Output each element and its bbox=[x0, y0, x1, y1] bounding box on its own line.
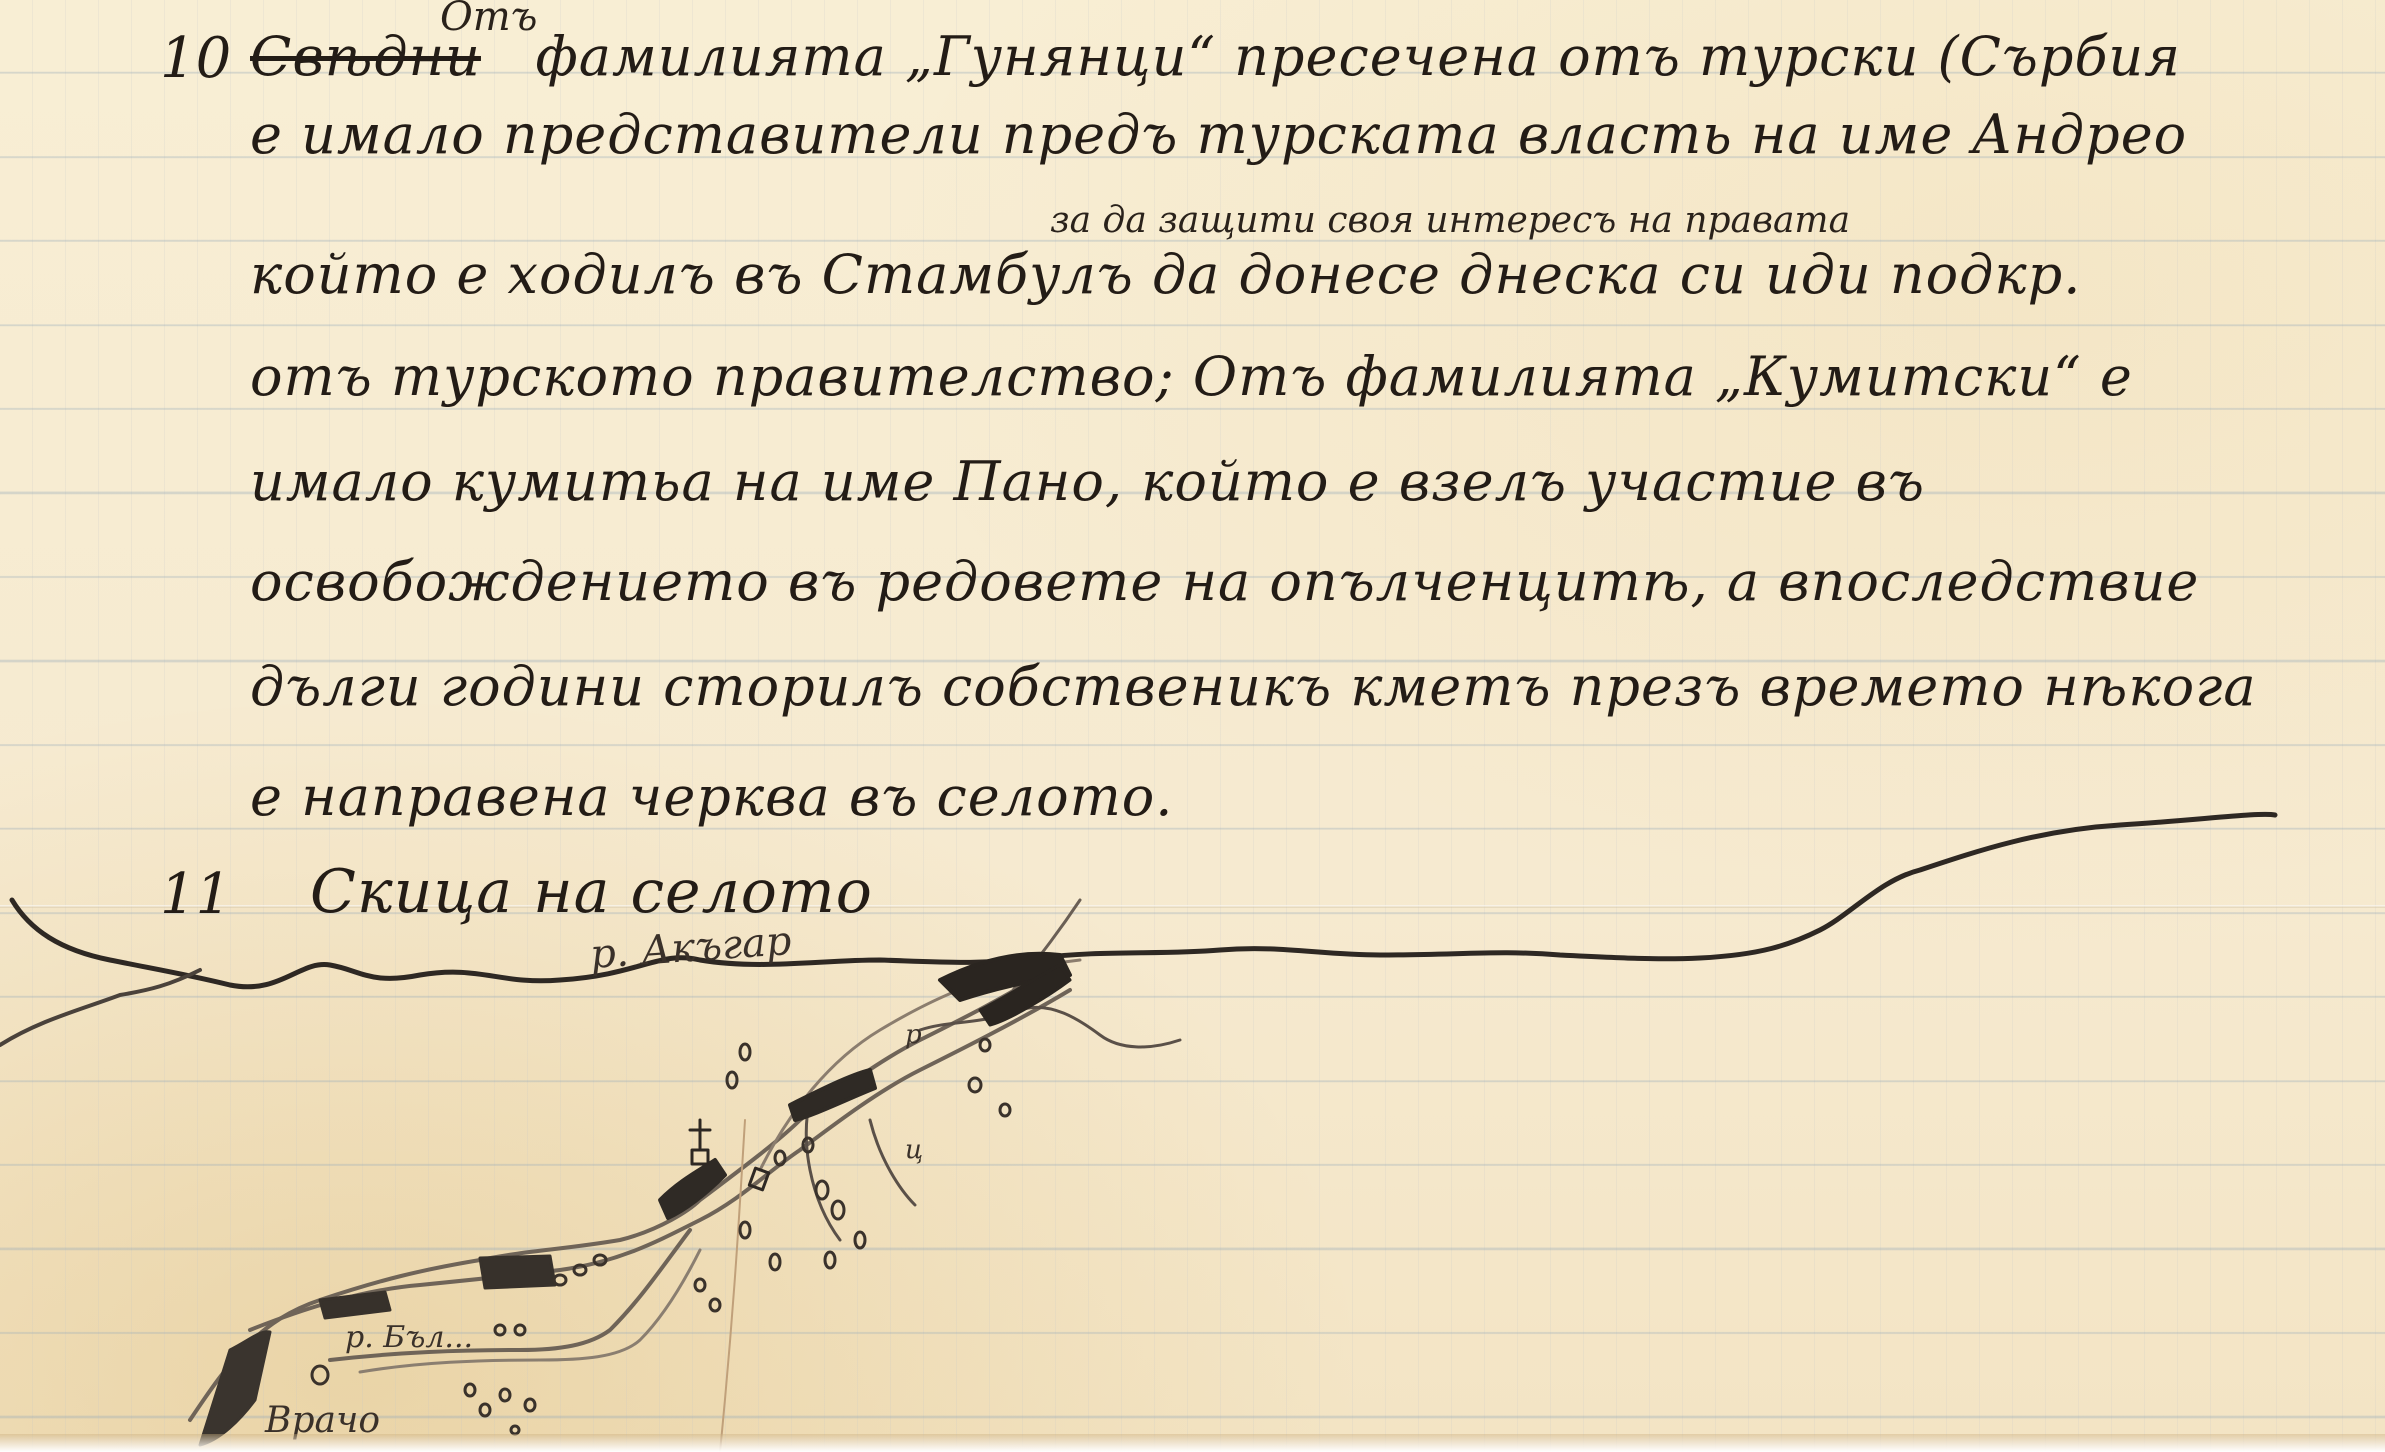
item-10-line-3: който е ходилъ въ Стамбулъ да донесе дне… bbox=[250, 248, 2081, 302]
torn-paper-edge bbox=[0, 1434, 2385, 1452]
river-west-branch bbox=[0, 970, 200, 1045]
item-10-line-5: имало кумитьа на име Пано, който е взелъ… bbox=[250, 455, 1925, 509]
interlinear-insertion: за да защити своя интересъ на правата bbox=[1050, 200, 1850, 241]
item-10-line-1: Свѣдни фамилията „Гунянци“ пресечена отъ… bbox=[250, 30, 2181, 84]
map-label-mark-u: ц bbox=[905, 1135, 923, 1165]
map-label-river-south: р. Бъл... bbox=[345, 1320, 473, 1355]
item-10-line-8: е направена черква въ селото. bbox=[250, 770, 1173, 824]
item-10-line-2: е имало представители предъ турската вла… bbox=[250, 108, 2187, 162]
item-10-line-4: отъ турското правителство; Отъ фамилията… bbox=[250, 350, 2133, 404]
item-number-11: 11 bbox=[160, 862, 231, 927]
map-label-river-north: р. Акъгар bbox=[589, 918, 793, 978]
item-10-line-6: освобождението въ редовете на опълченцит… bbox=[250, 555, 2199, 609]
map-label-mark-r: р bbox=[905, 1020, 922, 1050]
item-11-heading: Скица на селото bbox=[310, 862, 873, 922]
line-text: фамилията „Гунянци“ пресечена отъ турски… bbox=[535, 25, 2180, 88]
struck-word: Свѣдни bbox=[250, 25, 481, 88]
item-number-10: 10 bbox=[160, 26, 231, 91]
manuscript-page: Отъ 10 Свѣдни фамилията „Гунянци“ пресеч… bbox=[0, 0, 2385, 1452]
item-10-line-7: дълги години сторилъ собственикъ кметъ п… bbox=[250, 660, 2257, 714]
